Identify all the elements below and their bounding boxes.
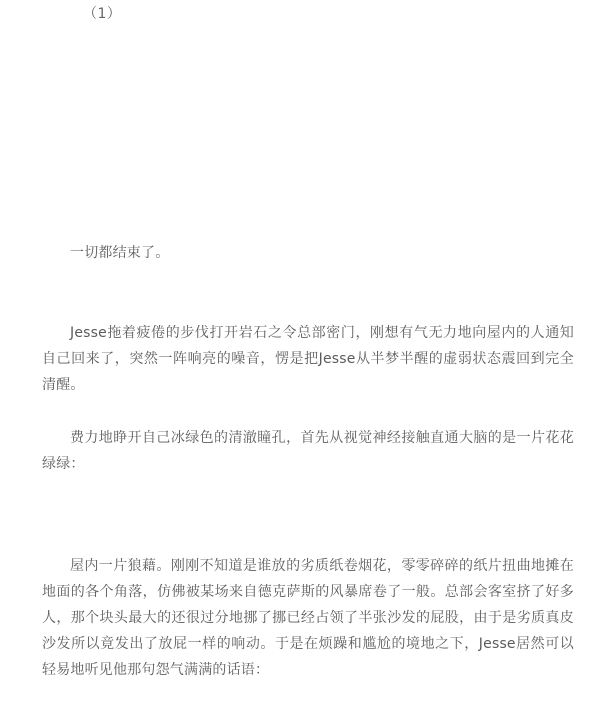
paragraph-messy-room: 屋内一片狼藉。刚刚不知道是谁放的劣质纸卷烟花，零零碎碎的纸片扭曲地摊在地面的各个…: [42, 553, 574, 683]
paragraph-opens-eyes: 费力地睁开自己冰绿色的清澈瞳孔，首先从视觉神经接触直通大脑的是一片花花绿绿：: [42, 425, 574, 477]
paragraph-ending: 一切都结束了。: [42, 240, 574, 266]
paragraph-jesse-returns: Jesse拖着疲倦的步伐打开岩石之令总部密门，刚想有气无力地向屋内的人通知自己回…: [42, 320, 574, 398]
chapter-number: （1）: [83, 4, 121, 24]
